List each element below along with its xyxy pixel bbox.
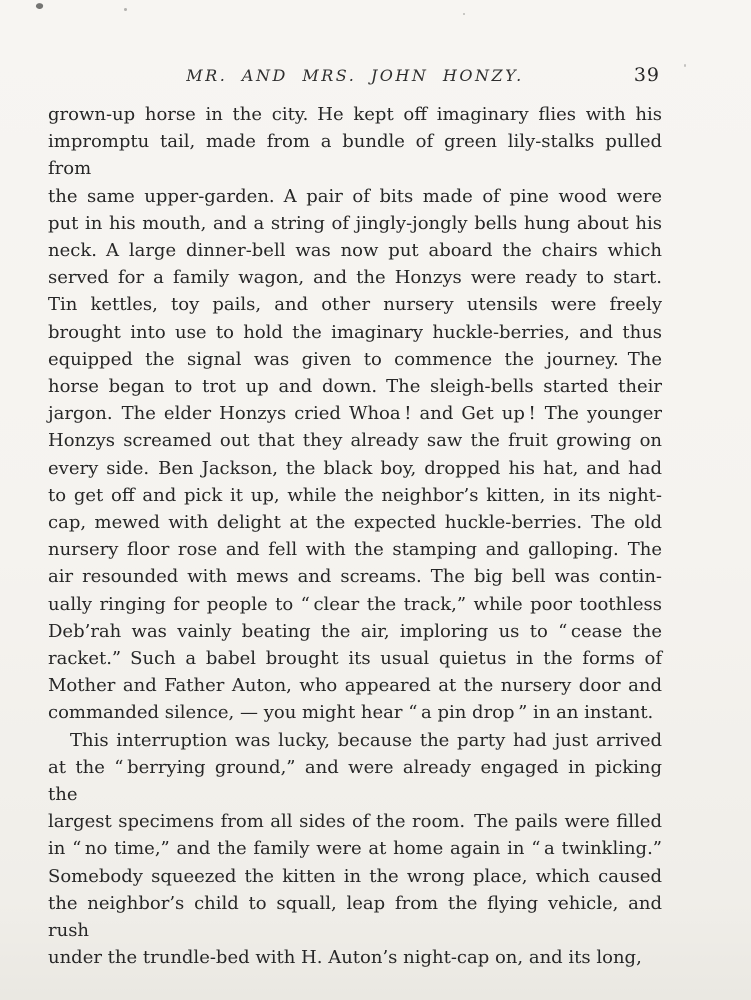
text-line: served for a family wagon, and the Honzy… [48,264,662,291]
text-line: the neighbor’s child to squall, leap fro… [48,890,662,944]
text-line: nursery floor rose and fell with the sta… [48,536,662,563]
paragraph-1: grown-up horse in the city. He kept off … [48,101,662,727]
text-line: in “ no time,” and the family were at ho… [48,835,662,862]
ink-speck [124,8,127,11]
page-number: 39 [634,64,660,86]
text-line: equipped the signal was given to commenc… [48,346,662,373]
text-line: grown-up horse in the city. He kept off … [48,101,662,128]
text-line: the same upper-garden. A pair of bits ma… [48,183,662,210]
text-line: Somebody squeezed the kitten in the wron… [48,863,662,890]
text-line: at the “ berrying ground,” and were alre… [48,754,662,808]
page-header: MR. AND MRS. JOHN HONZY. 39 [48,66,662,92]
text-line: commanded silence, — you might hear “ a … [48,699,662,726]
text-line: horse began to trot up and down. The sle… [48,373,662,400]
text-line: ually ringing for people to “ clear the … [48,591,662,618]
text-line: every side. Ben Jackson, the black boy, … [48,455,662,482]
text-line: put in his mouth, and a string of jingly… [48,210,662,237]
running-title: MR. AND MRS. JOHN HONZY. [48,66,662,85]
text-line: jargon. The elder Honzys cried Whoa ! an… [48,400,662,427]
text-line: brought into use to hold the imaginary h… [48,319,662,346]
text-line: Deb’rah was vainly beating the air, impl… [48,618,662,645]
ink-speck [684,64,686,67]
text-line: impromptu tail, made from a bundle of gr… [48,128,662,182]
text-line: air resounded with mews and screams. The… [48,563,662,590]
text-line: Honzys screamed out that they already sa… [48,427,662,454]
text-line: neck. A large dinner-bell was now put ab… [48,237,662,264]
text-line: under the trundle-bed with H. Auton’s ni… [48,944,662,971]
ink-speck [463,13,465,15]
text-line: Mother and Father Auton, who appeared at… [48,672,662,699]
text-line: racket.” Such a babel brought its usual … [48,645,662,672]
text-line: to get off and pick it up, while the nei… [48,482,662,509]
paragraph-2: This interruption was lucky, because the… [48,727,662,972]
page-body: grown-up horse in the city. He kept off … [48,101,662,972]
book-page: MR. AND MRS. JOHN HONZY. 39 grown-up hor… [0,0,751,1000]
text-line: largest specimens from all sides of the … [48,808,662,835]
text-line: This interruption was lucky, because the… [48,727,662,754]
ink-speck [35,2,44,10]
text-line: Tin kettles, toy pails, and other nurser… [48,291,662,318]
text-line: cap, mewed with delight at the expected … [48,509,662,536]
